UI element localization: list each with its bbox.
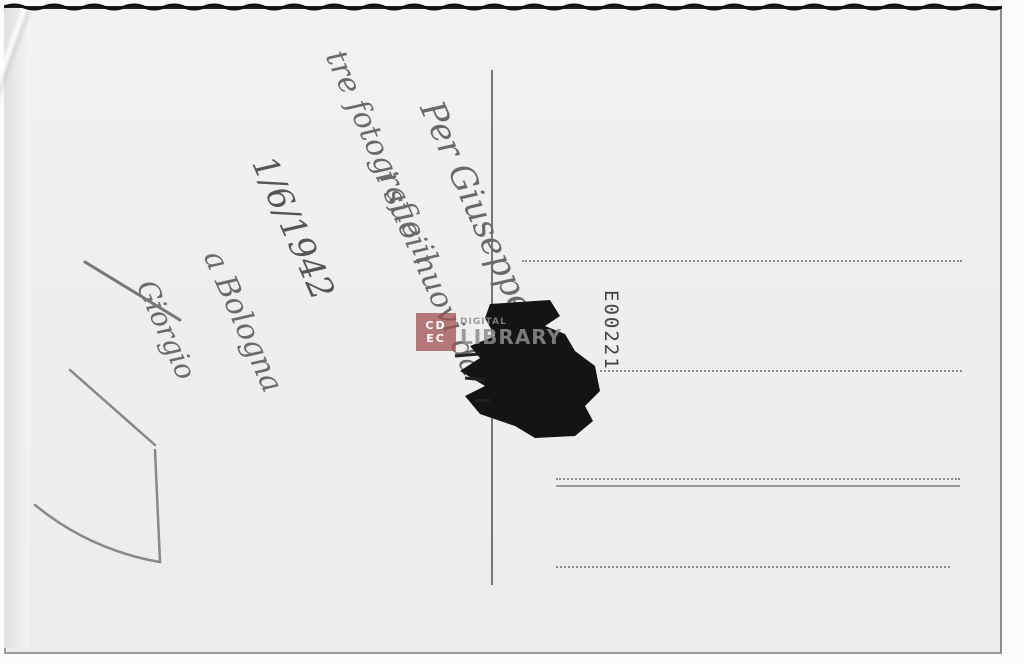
watermark-label: DIGITAL LIBRARY xyxy=(460,317,562,347)
watermark-badge: CD EC xyxy=(416,313,456,351)
address-line-2 xyxy=(600,370,962,372)
paper-fold xyxy=(4,8,30,648)
deckled-edge xyxy=(4,3,1002,11)
stamp-id-number: E00221 xyxy=(600,290,622,371)
address-line-1 xyxy=(522,260,962,262)
address-line-4 xyxy=(556,566,950,568)
digital-library-watermark: CD EC DIGITAL LIBRARY xyxy=(416,312,562,352)
signature-flourish xyxy=(30,250,230,580)
address-underline-3 xyxy=(556,485,960,487)
address-line-3 xyxy=(556,478,960,480)
